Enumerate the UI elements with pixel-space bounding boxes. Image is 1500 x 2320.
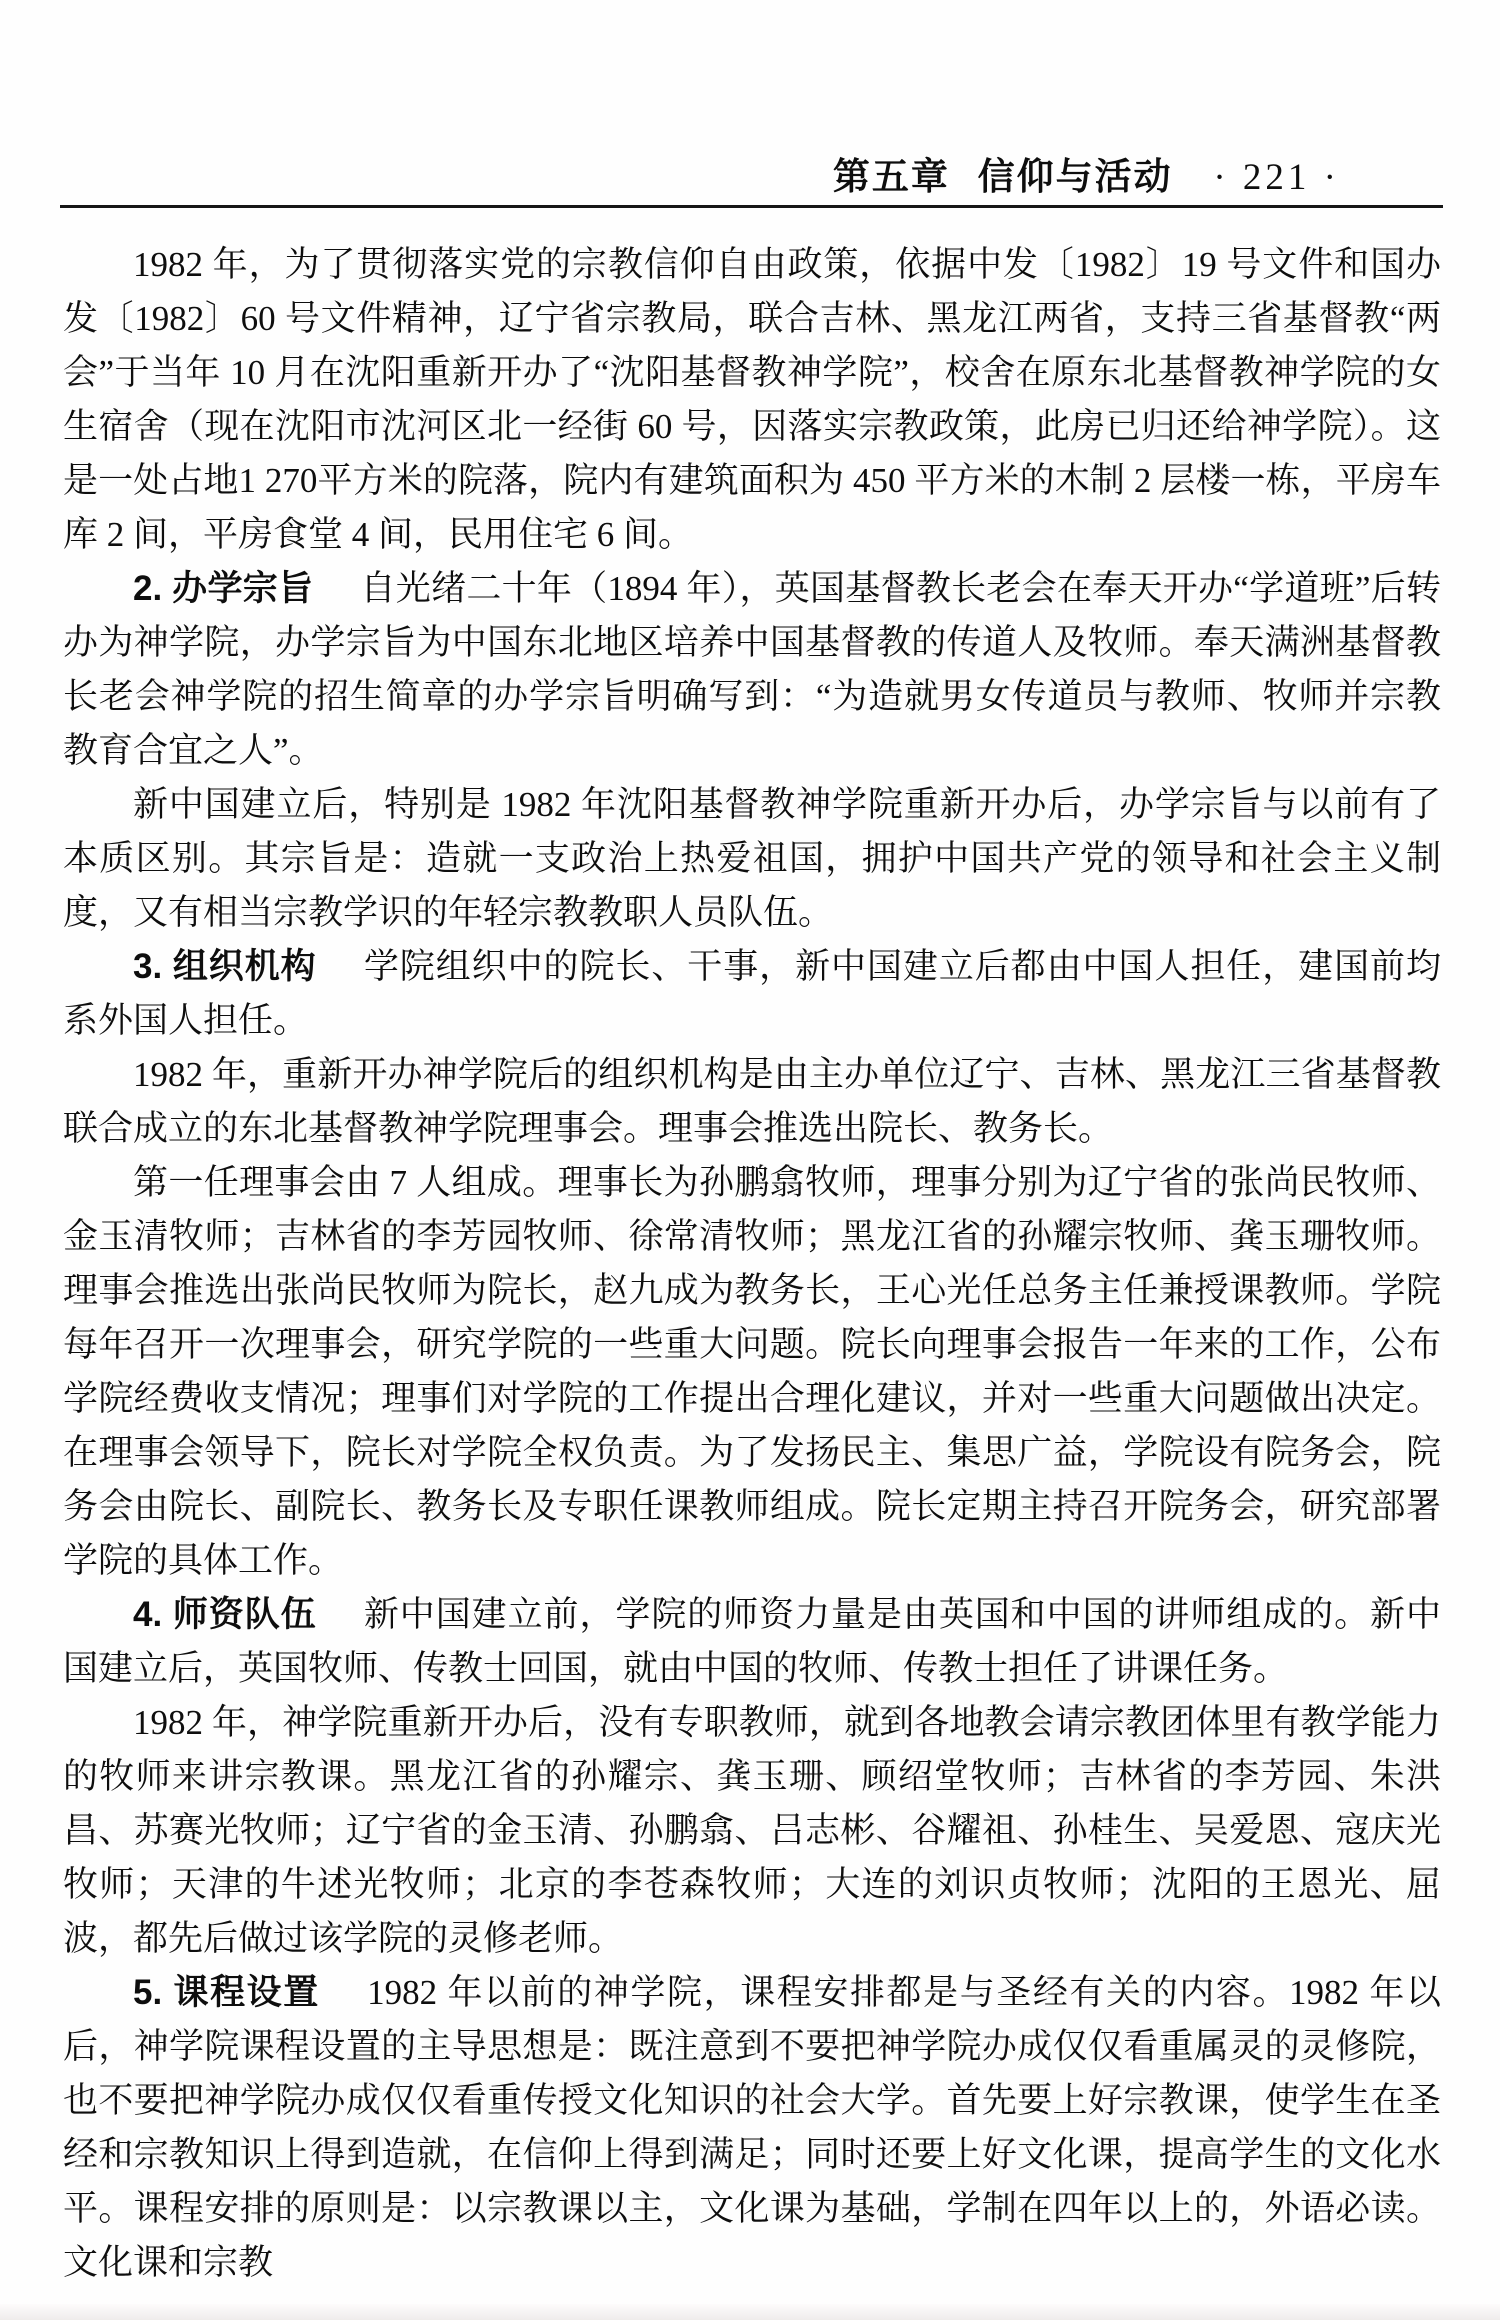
paragraph: 4. 师资队伍新中国建立前，学院的师资力量是由英国和中国的讲师组成的。新中国建立… — [63, 1588, 1441, 1696]
paragraph-text: 新中国建立后，特别是 1982 年沈阳基督教神学院重新开办后，办学宗旨与以前有了… — [63, 785, 1441, 932]
paragraph: 3. 组织机构学院组织中的院长、干事，新中国建立后都由中国人担任，建国前均系外国… — [63, 940, 1441, 1048]
chapter-title: 信仰与活动 — [978, 156, 1173, 197]
page-number: · 221 · — [1213, 157, 1340, 198]
section-heading: 3. 组织机构 — [133, 947, 317, 986]
chapter-number: 第五章 — [833, 156, 950, 197]
paragraph: 1982 年，重新开办神学院后的组织机构是由主办单位辽宁、吉林、黑龙江三省基督教… — [63, 1048, 1441, 1156]
running-header: 第五章信仰与活动· 221 · — [833, 146, 1340, 200]
paragraph-text: 1982 年以前的神学院，课程安排都是与圣经有关的内容。1982 年以后，神学院… — [63, 1973, 1441, 2282]
paragraph-text: 第一任理事会由 7 人组成。理事长为孙鹏翕牧师，理事分别为辽宁省的张尚民牧师、金… — [63, 1163, 1441, 1580]
section-heading: 4. 师资队伍 — [133, 1595, 317, 1634]
header-rule — [60, 205, 1443, 208]
page-bottom-edge — [0, 2304, 1500, 2320]
paragraph: 2. 办学宗旨自光绪二十年（1894 年），英国基督教长老会在奉天开办“学道班”… — [63, 562, 1441, 778]
book-page: 第五章信仰与活动· 221 · 1982 年，为了贯彻落实党的宗教信仰自由政策，… — [0, 0, 1500, 2320]
paragraph: 1982 年，为了贯彻落实党的宗教信仰自由政策，依据中发〔1982〕19 号文件… — [63, 238, 1441, 562]
paragraph: 1982 年，神学院重新开办后，没有专职教师，就到各地教会请宗教团体里有教学能力… — [63, 1696, 1441, 1966]
paragraph-text: 1982 年，神学院重新开办后，没有专职教师，就到各地教会请宗教团体里有教学能力… — [63, 1703, 1441, 1958]
page-body: 1982 年，为了贯彻落实党的宗教信仰自由政策，依据中发〔1982〕19 号文件… — [63, 238, 1441, 2290]
section-heading: 2. 办学宗旨 — [133, 569, 313, 608]
paragraph: 新中国建立后，特别是 1982 年沈阳基督教神学院重新开办后，办学宗旨与以前有了… — [63, 778, 1441, 940]
paragraph: 第一任理事会由 7 人组成。理事长为孙鹏翕牧师，理事分别为辽宁省的张尚民牧师、金… — [63, 1156, 1441, 1588]
paragraph-text: 1982 年，为了贯彻落实党的宗教信仰自由政策，依据中发〔1982〕19 号文件… — [63, 245, 1441, 554]
section-heading: 5. 课程设置 — [133, 1973, 320, 2012]
paragraph-text: 1982 年，重新开办神学院后的组织机构是由主办单位辽宁、吉林、黑龙江三省基督教… — [63, 1055, 1441, 1148]
paragraph: 5. 课程设置1982 年以前的神学院，课程安排都是与圣经有关的内容。1982 … — [63, 1966, 1441, 2290]
